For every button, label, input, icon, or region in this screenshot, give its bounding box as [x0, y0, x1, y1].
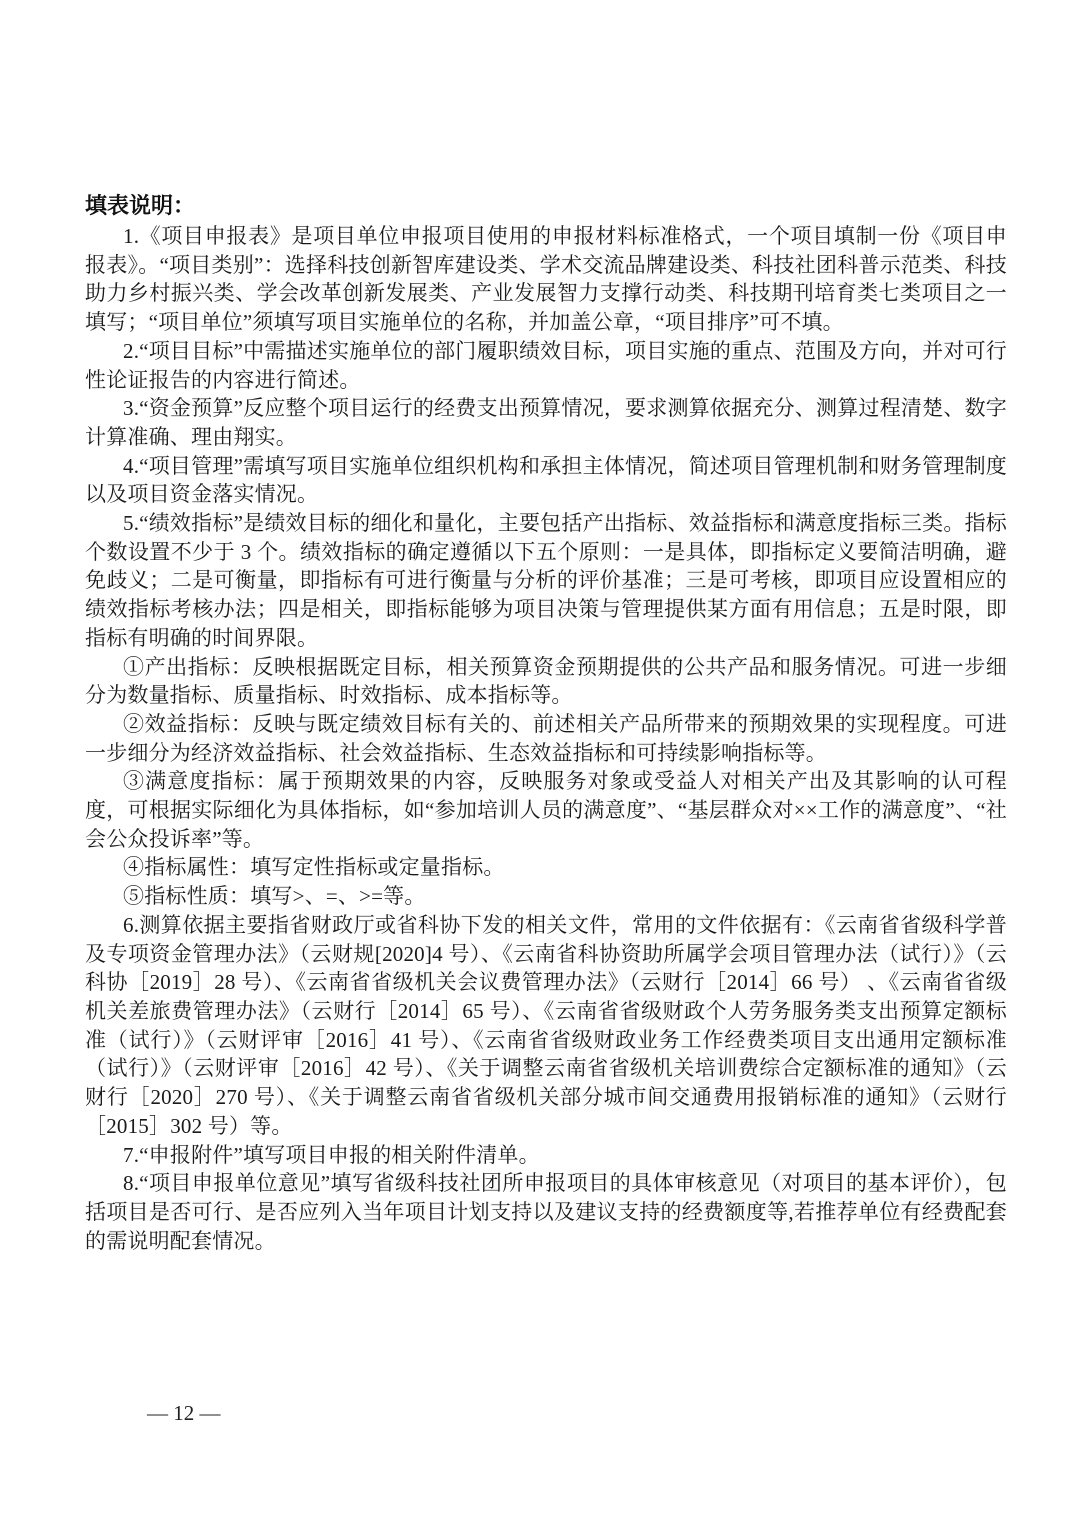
paragraph-7: 7.“申报附件”填写项目申报的相关附件清单。 [85, 1141, 1007, 1170]
page-number: — 12 — [147, 1398, 221, 1428]
paragraph-5-item-3: ③满意度指标：属于预期效果的内容，反映服务对象或受益人对相关产出及其影响的认可程… [85, 767, 1007, 853]
paragraph-5-item-1: ①产出指标：反映根据既定目标，相关预算资金预期提供的公共产品和服务情况。可进一步… [85, 653, 1007, 710]
paragraph-1: 1.《项目申报表》是项目单位申报项目使用的申报材料标准格式，一个项目填制一份《项… [85, 222, 1007, 337]
paragraph-2: 2.“项目目标”中需描述实施单位的部门履职绩效目标，项目实施的重点、范围及方向，… [85, 337, 1007, 394]
paragraph-5: 5.“绩效指标”是绩效目标的细化和量化，主要包括产出指标、效益指标和满意度指标三… [85, 509, 1007, 653]
paragraph-5-item-5: ⑤指标性质：填写>、=、>=等。 [85, 882, 1007, 911]
paragraph-8: 8.“项目申报单位意见”填写省级科技社团所申报项目的具体审核意见（对项目的基本评… [85, 1169, 1007, 1255]
document-page: { "document": { "title": "填表说明：", "parag… [0, 0, 1071, 1515]
paragraph-5-item-2: ②效益指标：反映与既定绩效目标有关的、前述相关产品所带来的预期效果的实现程度。可… [85, 710, 1007, 767]
paragraph-5-item-4: ④指标属性：填写定性指标或定量指标。 [85, 853, 1007, 882]
paragraph-6: 6.测算依据主要指省财政厅或省科协下发的相关文件，常用的文件依据有：《云南省省级… [85, 911, 1007, 1141]
section-title: 填表说明： [85, 190, 1007, 222]
paragraph-4: 4.“项目管理”需填写项目实施单位组织机构和承担主体情况，简述项目管理机制和财务… [85, 452, 1007, 509]
paragraph-3: 3.“资金预算”反应整个项目运行的经费支出预算情况，要求测算依据充分、测算过程清… [85, 394, 1007, 451]
instructions-section: 填表说明： 1.《项目申报表》是项目单位申报项目使用的申报材料标准格式，一个项目… [85, 190, 1007, 1255]
